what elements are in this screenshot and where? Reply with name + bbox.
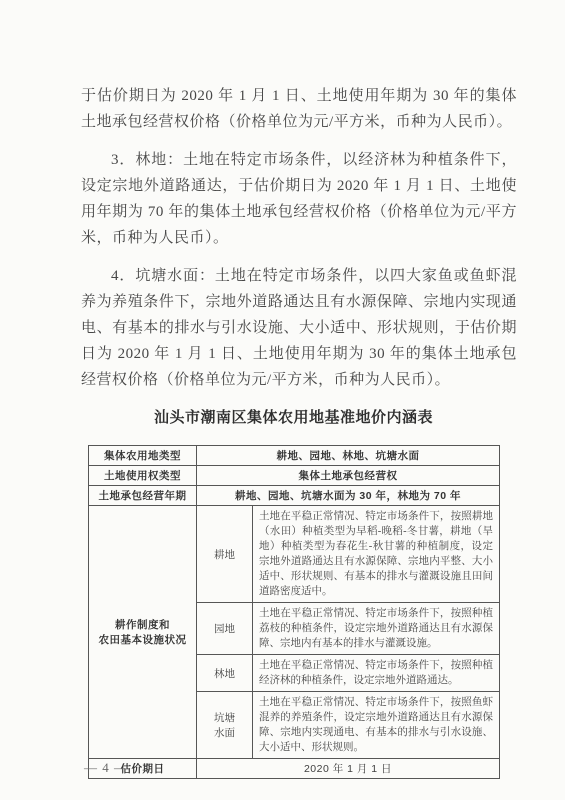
row-label-use-right-type: 土地使用权类型 xyxy=(89,466,197,486)
sub-row-desc-pond-water: 土地在平稳正常情况、特定市场条件下，按照鱼虾混养的养殖条件，设定宗地外道路通达且… xyxy=(253,692,500,759)
sub-row-desc-forest-land: 土地在平稳正常情况、特定市场条件下，按照种植经济林的种植条件，设定宗地外道路通达… xyxy=(253,655,500,692)
row-label-contract-term: 土地承包经营年期 xyxy=(89,486,197,506)
table-title: 汕头市潮南区集体农用地基准地价内涵表 xyxy=(88,406,499,427)
body-text: 于估价期日为 2020 年 1 月 1 日、土地使用年期为 30 年的集体土地承… xyxy=(81,83,517,405)
benchmark-land-price-table: 集体农用地类型 耕地、园地、林地、坑塘水面 土地使用权类型 集体土地承包经营权 … xyxy=(88,445,500,779)
sub-row-desc-cultivated-land: 土地在平稳正常情况、特定市场条件下，按照耕地（水田）种植类型为早稻-晚稻-冬甘薯… xyxy=(253,506,500,603)
table-row-land-type: 集体农用地类型 耕地、园地、林地、坑塘水面 xyxy=(89,446,500,466)
document-page: 于估价期日为 2020 年 1 月 1 日、土地使用年期为 30 年的集体土地承… xyxy=(0,0,565,800)
paragraph-item-3-forest-land: 3．林地：土地在特定市场条件，以经济林为种植条件下，设定宗地外道路通达，于估价期… xyxy=(81,147,517,251)
table-row-farming-cultivated-land: 耕作制度和 农田基本设施状况 耕地 土地在平稳正常情况、特定市场条件下，按照耕地… xyxy=(89,506,500,603)
row-value-valuation-date: 2020 年 1 月 1 日 xyxy=(197,759,500,779)
row-value-contract-term: 耕地、园地、坑塘水面为 30 年，林地为 70 年 xyxy=(197,486,500,506)
sub-row-label-pond-water: 坑塘 水面 xyxy=(197,692,253,759)
table-row-use-right-type: 土地使用权类型 集体土地承包经营权 xyxy=(89,466,500,486)
table-row-contract-term: 土地承包经营年期 耕地、园地、坑塘水面为 30 年，林地为 70 年 xyxy=(89,486,500,506)
row-value-use-right-type: 集体土地承包经营权 xyxy=(197,466,500,486)
row-label-farming-system: 耕作制度和 农田基本设施状况 xyxy=(89,506,197,759)
sub-row-desc-garden-land: 土地在平稳正常情况、特定市场条件下，按照种植荔枝的种植条件，设定宗地外道路通达且… xyxy=(253,603,500,655)
sub-row-label-forest-land: 林地 xyxy=(197,655,253,692)
table-row-valuation-date: 估价期日 2020 年 1 月 1 日 xyxy=(89,759,500,779)
page-number: — 4 — xyxy=(84,760,128,776)
paragraph-item-4-pond-water: 4．坑塘水面：土地在特定市场条件，以四大家鱼或鱼虾混养为养殖条件下，宗地外道路通… xyxy=(81,263,517,393)
sub-row-label-cultivated-land: 耕地 xyxy=(197,506,253,603)
row-label-land-type: 集体农用地类型 xyxy=(89,446,197,466)
sub-row-label-garden-land: 园地 xyxy=(197,603,253,655)
row-value-land-type: 耕地、园地、林地、坑塘水面 xyxy=(197,446,500,466)
paragraph-continuation: 于估价期日为 2020 年 1 月 1 日、土地使用年期为 30 年的集体土地承… xyxy=(81,83,517,135)
